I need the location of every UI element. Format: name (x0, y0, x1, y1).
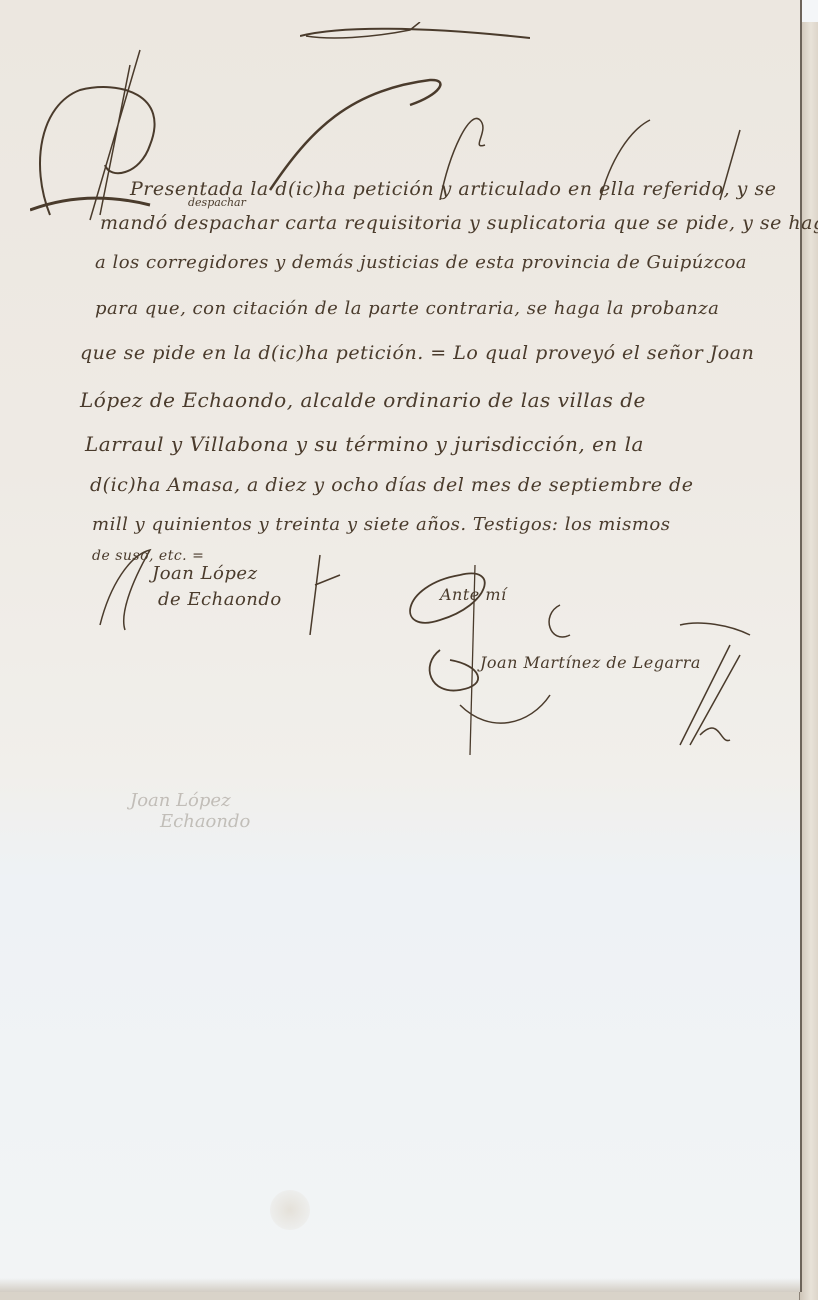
bleed-through-line-1: Joan López (130, 790, 280, 811)
text-line-7: Larraul y Villabona y su término y juris… (85, 432, 644, 456)
signature-right-line-1: Ante mí (440, 585, 507, 604)
bleed-through-line-2: Echaondo (160, 811, 280, 832)
bleed-through-signature: Joan López Echaondo (130, 790, 280, 870)
text-line-9: mill y quinientos y treinta y siete años… (92, 514, 670, 535)
text-line-5: que se pide en la d(ic)ha petición. = Lo… (80, 342, 754, 364)
text-line-3: a los corregidores y demás justicias de … (95, 252, 747, 273)
manuscript-page: despachar Presentada la d(ic)ha petición… (0, 0, 802, 1292)
signature-right: Ante mí Joan Martínez de Legarra (400, 565, 780, 755)
text-line-6: López de Echaondo, alcalde ordinario de … (80, 388, 646, 412)
signature-left-line-1: Joan López (152, 563, 258, 584)
text-line-4: para que, con citación de la parte contr… (95, 298, 719, 319)
signature-left-line-2: de Echaondo (158, 589, 282, 610)
text-line-8: d(ic)ha Amasa, a diez y ocho días del me… (90, 474, 693, 496)
header-flourish-icon (300, 22, 530, 42)
text-line-2: mandó despachar carta requisitoria y sup… (100, 212, 818, 234)
text-line-1: Presentada la d(ic)ha petición y articul… (130, 178, 776, 200)
paper-stain (270, 1190, 310, 1230)
signature-left: Joan López de Echaondo (90, 545, 350, 635)
signature-right-line-2: Joan Martínez de Legarra (480, 653, 701, 672)
